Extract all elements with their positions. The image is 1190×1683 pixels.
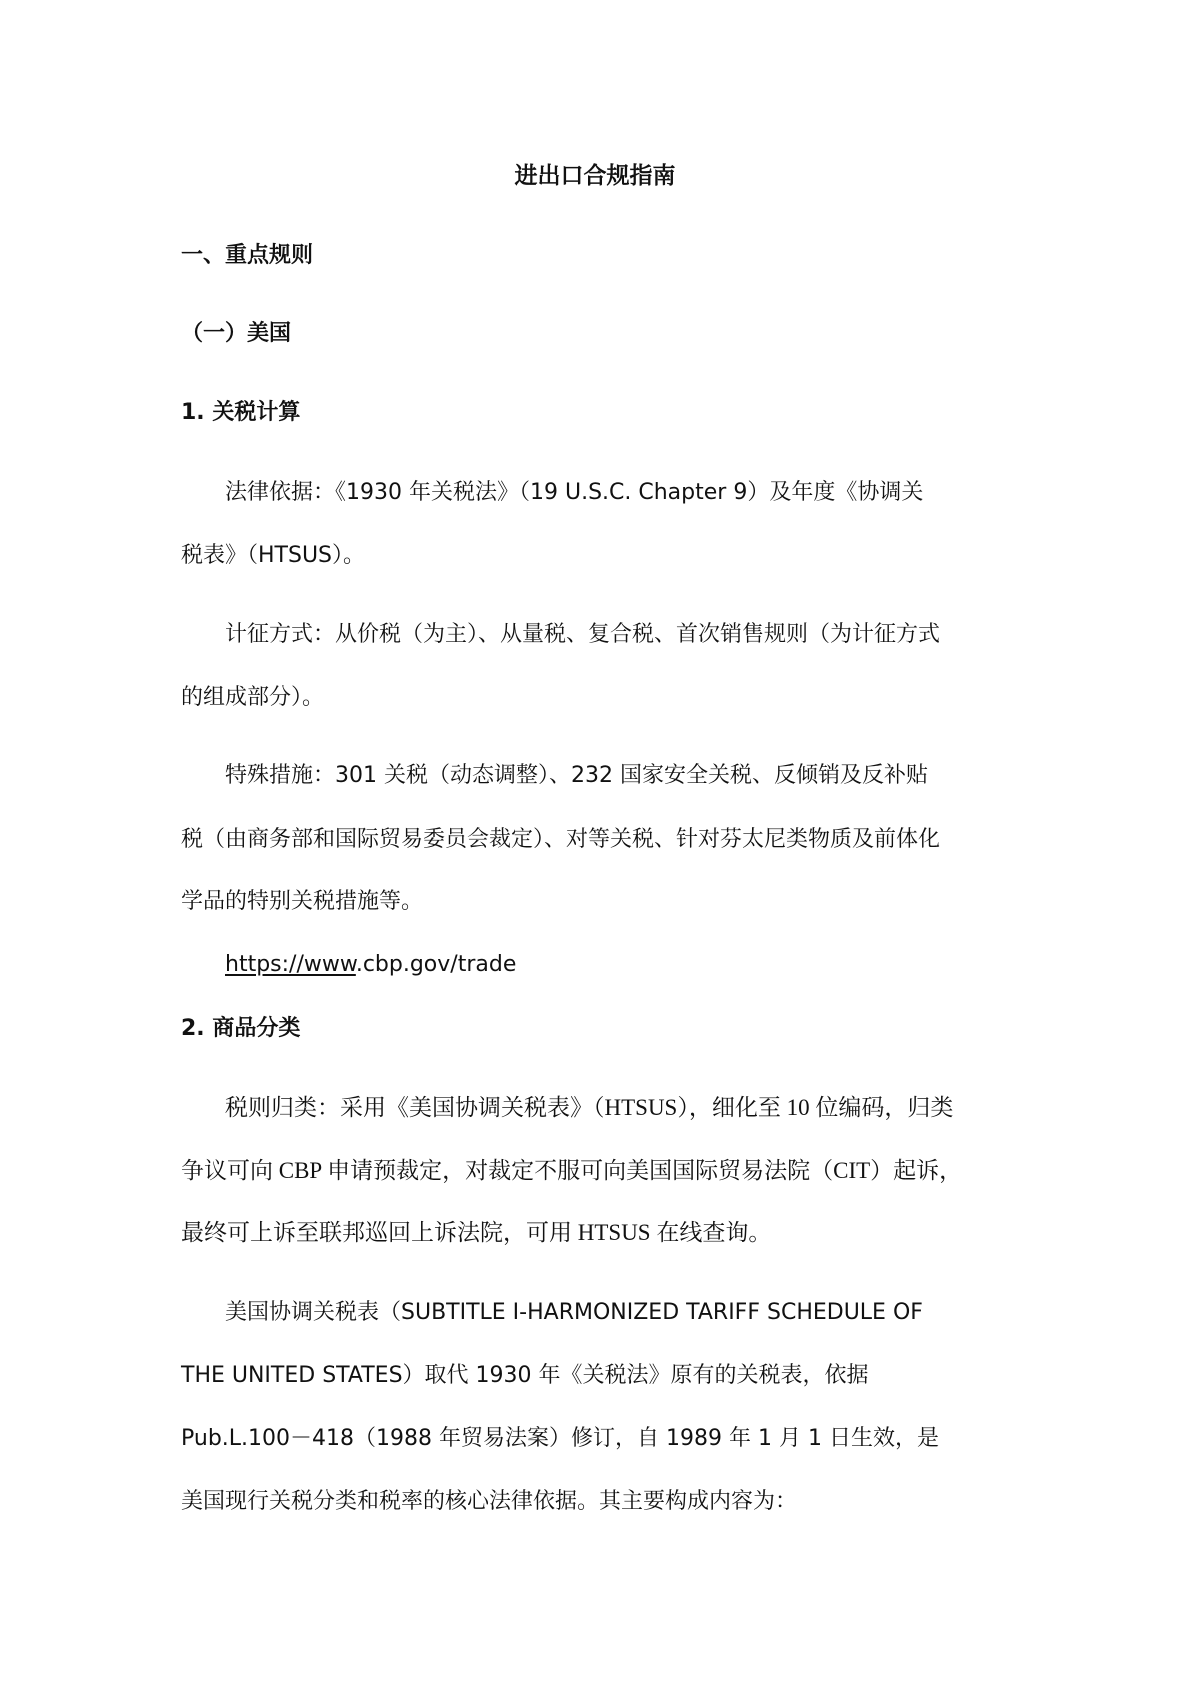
paragraph-special-measures-line-2: 税（由商务部和国际贸易委员会裁定）、对等关税、针对芬太尼类物质及前体化 xyxy=(181,825,940,855)
paragraph-classification-line-3: 最终可上诉至联邦巡回上诉法院，可用 HTSUS 在线查询。 xyxy=(181,1218,771,1248)
paragraph-legal-basis-line-2: 税表》（HTSUS）。 xyxy=(181,541,365,571)
document-page: 进出口合规指南 一、重点规则 （一）美国 1. 关税计算 法律依据：《1930 … xyxy=(0,0,1190,1683)
topic-heading-tariff-calculation: 1. 关税计算 xyxy=(181,398,300,428)
paragraph-special-measures-line-3: 学品的特别关税措施等。 xyxy=(181,887,423,917)
cbp-trade-link[interactable]: https://www.cbp.gov/trade xyxy=(225,950,516,980)
paragraph-special-measures-line-1: 特殊措施：301 关税（动态调整）、232 国家安全关税、反倾销及反补贴 xyxy=(225,761,928,791)
section-heading-key-rules: 一、重点规则 xyxy=(181,241,313,271)
paragraph-levy-method-line-1: 计征方式：从价税（为主）、从量税、复合税、首次销售规则（为计征方式 xyxy=(225,620,940,650)
paragraph-classification-line-2: 争议可向 CBP 申请预裁定，对裁定不服可向美国国际贸易法院（CIT）起诉， xyxy=(181,1156,962,1186)
paragraph-htsus-line-4: 美国现行关税分类和税率的核心法律依据。其主要构成内容为： xyxy=(181,1487,797,1517)
paragraph-htsus-line-2: THE UNITED STATES）取代 1930 年《关税法》原有的关税表，依… xyxy=(181,1361,869,1391)
subsection-heading-usa: （一）美国 xyxy=(181,319,291,349)
paragraph-classification-line-1: 税则归类：采用《美国协调关税表》（HTSUS），细化至 10 位编码，归类 xyxy=(225,1093,953,1123)
topic-heading-commodity-classification: 2. 商品分类 xyxy=(181,1014,300,1044)
document-title: 进出口合规指南 xyxy=(0,161,1190,191)
paragraph-htsus-line-1: 美国协调关税表（SUBTITLE I-HARMONIZED TARIFF SCH… xyxy=(225,1298,923,1328)
cbp-link-underlined-part[interactable]: https://www xyxy=(225,952,356,977)
cbp-link-rest[interactable]: .cbp.gov/trade xyxy=(356,952,517,977)
paragraph-levy-method-line-2: 的组成部分）。 xyxy=(181,683,324,713)
paragraph-htsus-line-3: Pub.L.100－418（1988 年贸易法案）修订，自 1989 年 1 月… xyxy=(181,1424,939,1454)
paragraph-legal-basis-line-1: 法律依据：《1930 年关税法》（19 U.S.C. Chapter 9）及年度… xyxy=(225,478,923,508)
